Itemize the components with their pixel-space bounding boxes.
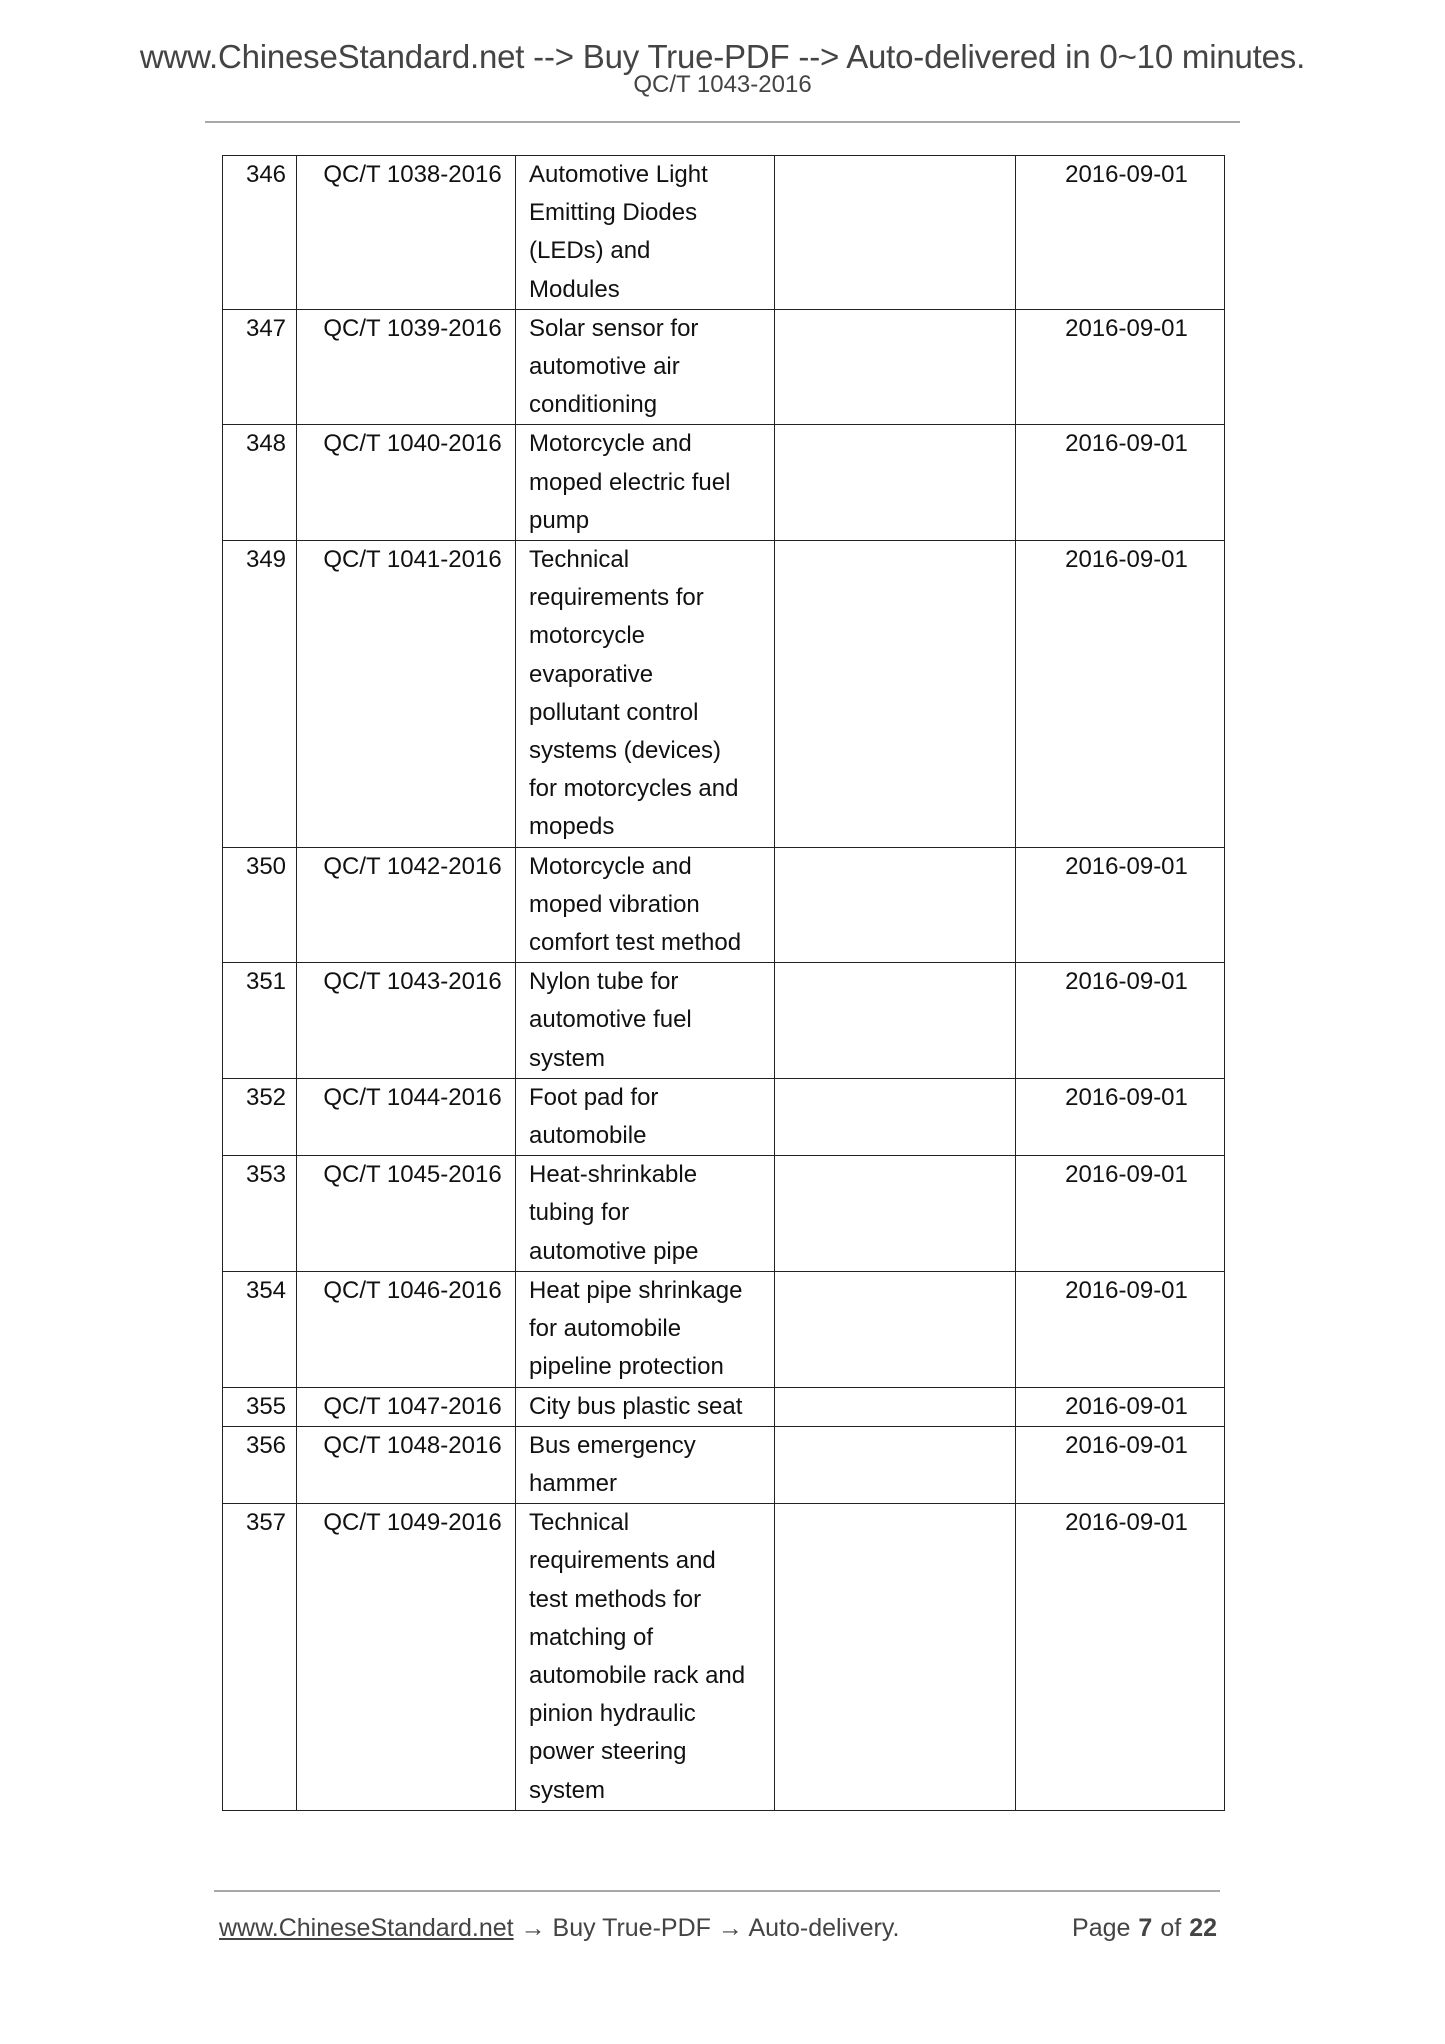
standard-code: QC/T 1048-2016 (297, 1426, 516, 1503)
document-code: QC/T 1043-2016 (0, 71, 1445, 99)
row-number: 350 (223, 847, 297, 963)
site-link[interactable]: www.ChineseStandard.net (219, 1914, 514, 1942)
replaced-standard (775, 156, 1016, 310)
standard-code: QC/T 1042-2016 (297, 847, 516, 963)
standard-code: QC/T 1044-2016 (297, 1078, 516, 1155)
implementation-date: 2016-09-01 (1016, 1504, 1225, 1811)
standard-title-line: hammer (529, 1465, 774, 1503)
standard-title: Solar sensor forautomotive airconditioni… (516, 309, 775, 425)
row-number: 351 (223, 963, 297, 1079)
standard-title-line: automobile rack and (529, 1657, 774, 1695)
standard-title-line: Foot pad for (529, 1079, 774, 1117)
standard-title-line: (LEDs) and (529, 232, 774, 270)
standard-title: Heat-shrinkabletubing forautomotive pipe (516, 1156, 775, 1272)
standard-title: Heat pipe shrinkagefor automobilepipelin… (516, 1271, 775, 1387)
standard-title-line: for motorcycles and (529, 770, 774, 808)
standard-title: Motorcycle andmoped vibrationcomfort tes… (516, 847, 775, 963)
standard-title-line: requirements and (529, 1542, 774, 1580)
standard-title: City bus plastic seat (516, 1387, 775, 1426)
standard-title-line: Motorcycle and (529, 425, 774, 463)
implementation-date: 2016-09-01 (1016, 1156, 1225, 1272)
standard-title-line: motorcycle (529, 617, 774, 655)
standard-title: Technicalrequirements andtest methods fo… (516, 1504, 775, 1811)
standard-title: Foot pad forautomobile (516, 1078, 775, 1155)
standard-code: QC/T 1046-2016 (297, 1271, 516, 1387)
page-total: 22 (1189, 1914, 1217, 1942)
row-number: 357 (223, 1504, 297, 1811)
standard-title-line: comfort test method (529, 924, 774, 962)
standard-title: Nylon tube forautomotive fuelsystem (516, 963, 775, 1079)
standard-title-line: pollutant control (529, 694, 774, 732)
standard-title-line: Emitting Diodes (529, 194, 774, 232)
replaced-standard (775, 1156, 1016, 1272)
standard-title: Motorcycle andmoped electric fuelpump (516, 425, 775, 541)
standard-title-line: pump (529, 502, 774, 540)
replaced-standard (775, 1426, 1016, 1503)
buy-true-pdf-text: Buy True-PDF (553, 1914, 711, 1942)
table-row: 348QC/T 1040-2016Motorcycle andmoped ele… (223, 425, 1225, 541)
standard-title-line: Solar sensor for (529, 310, 774, 348)
implementation-date: 2016-09-01 (1016, 963, 1225, 1079)
page-of: of (1160, 1914, 1181, 1942)
standard-title-line: automobile (529, 1117, 774, 1155)
implementation-date: 2016-09-01 (1016, 1426, 1225, 1503)
standards-table: 346QC/T 1038-2016Automotive LightEmittin… (222, 155, 1225, 1811)
standard-title-line: moped electric fuel (529, 464, 774, 502)
replaced-standard (775, 1504, 1016, 1811)
footer-divider (214, 1890, 1220, 1892)
implementation-date: 2016-09-01 (1016, 1078, 1225, 1155)
page-current: 7 (1138, 1914, 1152, 1942)
row-number: 349 (223, 541, 297, 848)
standard-title-line: conditioning (529, 386, 774, 424)
standard-title-line: City bus plastic seat (529, 1388, 774, 1426)
row-number: 353 (223, 1156, 297, 1272)
standard-title-line: evaporative (529, 656, 774, 694)
row-number: 347 (223, 309, 297, 425)
standard-code: QC/T 1041-2016 (297, 541, 516, 848)
standard-title-line: Heat-shrinkable (529, 1156, 774, 1194)
standard-title-line: matching of (529, 1619, 774, 1657)
implementation-date: 2016-09-01 (1016, 1387, 1225, 1426)
standard-code: QC/T 1047-2016 (297, 1387, 516, 1426)
page-label: Page (1072, 1914, 1130, 1942)
table-row: 354QC/T 1046-2016Heat pipe shrinkagefor … (223, 1271, 1225, 1387)
implementation-date: 2016-09-01 (1016, 541, 1225, 848)
standard-title-line: pipeline protection (529, 1348, 774, 1386)
standard-code: QC/T 1039-2016 (297, 309, 516, 425)
implementation-date: 2016-09-01 (1016, 156, 1225, 310)
implementation-date: 2016-09-01 (1016, 847, 1225, 963)
row-number: 346 (223, 156, 297, 310)
standard-title: Automotive LightEmitting Diodes(LEDs) an… (516, 156, 775, 310)
table-row: 352QC/T 1044-2016Foot pad forautomobile2… (223, 1078, 1225, 1155)
row-number: 352 (223, 1078, 297, 1155)
standard-code: QC/T 1049-2016 (297, 1504, 516, 1811)
table-row: 353QC/T 1045-2016Heat-shrinkabletubing f… (223, 1156, 1225, 1272)
standard-title-line: mopeds (529, 808, 774, 846)
standard-title-line: Nylon tube for (529, 963, 774, 1001)
standard-code: QC/T 1045-2016 (297, 1156, 516, 1272)
standard-title: Bus emergencyhammer (516, 1426, 775, 1503)
arrow-right-icon: → (521, 1914, 546, 1942)
table-row: 346QC/T 1038-2016Automotive LightEmittin… (223, 156, 1225, 310)
standard-title-line: for automobile (529, 1310, 774, 1348)
replaced-standard (775, 847, 1016, 963)
standards-table-body: 346QC/T 1038-2016Automotive LightEmittin… (223, 156, 1225, 1811)
row-number: 348 (223, 425, 297, 541)
standard-title-line: Technical (529, 1504, 774, 1542)
standard-title-line: tubing for (529, 1194, 774, 1232)
row-number: 355 (223, 1387, 297, 1426)
standard-code: QC/T 1043-2016 (297, 963, 516, 1079)
standard-title: Technicalrequirements formotorcycleevapo… (516, 541, 775, 848)
replaced-standard (775, 963, 1016, 1079)
standard-title-line: system (529, 1772, 774, 1810)
standard-title-line: Bus emergency (529, 1427, 774, 1465)
standard-title-line: requirements for (529, 579, 774, 617)
standard-title-line: Motorcycle and (529, 848, 774, 886)
footer-left: www.ChineseStandard.net → Buy True-PDF →… (219, 1913, 899, 1943)
row-number: 356 (223, 1426, 297, 1503)
table-row: 357QC/T 1049-2016Technicalrequirements a… (223, 1504, 1225, 1811)
standard-title-line: automotive pipe (529, 1233, 774, 1271)
standard-title-line: automotive air (529, 348, 774, 386)
replaced-standard (775, 1078, 1016, 1155)
implementation-date: 2016-09-01 (1016, 309, 1225, 425)
table-row: 355QC/T 1047-2016City bus plastic seat20… (223, 1387, 1225, 1426)
standard-title-line: automotive fuel (529, 1001, 774, 1039)
standard-title-line: power steering (529, 1733, 774, 1771)
implementation-date: 2016-09-01 (1016, 1271, 1225, 1387)
arrow-right-icon: → (718, 1914, 743, 1942)
standard-title-line: Heat pipe shrinkage (529, 1272, 774, 1310)
standard-title-line: Automotive Light (529, 156, 774, 194)
page-indicator: Page7of22 (1072, 1913, 1217, 1943)
standard-code: QC/T 1038-2016 (297, 156, 516, 310)
standard-title-line: Modules (529, 271, 774, 309)
replaced-standard (775, 541, 1016, 848)
auto-delivery-text: Auto-delivery. (748, 1914, 899, 1942)
table-row: 350QC/T 1042-2016Motorcycle andmoped vib… (223, 847, 1225, 963)
table-row: 356QC/T 1048-2016Bus emergencyhammer2016… (223, 1426, 1225, 1503)
header-divider (205, 121, 1240, 123)
implementation-date: 2016-09-01 (1016, 425, 1225, 541)
replaced-standard (775, 1271, 1016, 1387)
standard-title-line: moped vibration (529, 886, 774, 924)
standard-title-line: systems (devices) (529, 732, 774, 770)
table-row: 349QC/T 1041-2016Technicalrequirements f… (223, 541, 1225, 848)
replaced-standard (775, 425, 1016, 541)
standard-title-line: test methods for (529, 1581, 774, 1619)
row-number: 354 (223, 1271, 297, 1387)
standard-code: QC/T 1040-2016 (297, 425, 516, 541)
replaced-standard (775, 1387, 1016, 1426)
standard-title-line: Technical (529, 541, 774, 579)
table-row: 347QC/T 1039-2016Solar sensor forautomot… (223, 309, 1225, 425)
table-row: 351QC/T 1043-2016Nylon tube forautomotiv… (223, 963, 1225, 1079)
standard-title-line: system (529, 1040, 774, 1078)
replaced-standard (775, 309, 1016, 425)
standard-title-line: pinion hydraulic (529, 1695, 774, 1733)
